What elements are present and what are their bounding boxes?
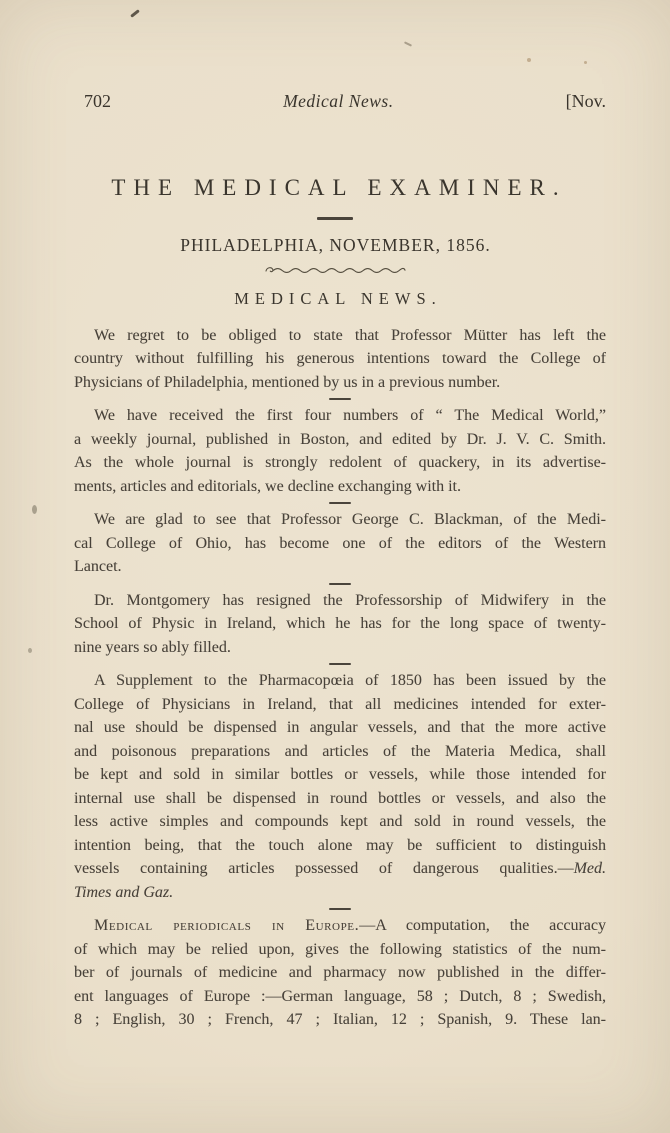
italic-citation: Times and Gaz.: [74, 884, 173, 901]
italic-citation: Med.: [574, 860, 606, 877]
text-line: a weekly journal, published in Boston, a…: [74, 428, 606, 452]
text-line: Lancet.: [74, 555, 606, 579]
text-line: Medical periodicals in Europe.—A computa…: [74, 914, 606, 938]
text-line: ent languages of Europe :—German languag…: [74, 985, 606, 1009]
text-line: nine years so ably filled.: [74, 636, 606, 660]
text-segment: intention being, that the touch alone ma…: [74, 837, 606, 854]
paragraph: We have received the first four numbers …: [74, 404, 606, 498]
text-segment: We are glad to see that Professor George…: [94, 511, 606, 528]
text-segment: 8 ; English, 30 ; French, 47 ; Italian, …: [74, 1011, 606, 1028]
text-line: intention being, that the touch alone ma…: [74, 834, 606, 858]
text-segment: be kept and sold in similar bottles or v…: [74, 766, 606, 783]
issue-label: [Nov.: [566, 90, 606, 112]
text-line: As the whole journal is strongly redolen…: [74, 451, 606, 475]
paragraph: A Supplement to the Pharmacopœia of 1850…: [74, 669, 606, 904]
page-number: 702: [84, 90, 111, 112]
text-segment: We have received the first four numbers …: [94, 407, 606, 424]
wavy-divider-ornament: [260, 264, 410, 276]
paragraph-divider: [329, 908, 351, 910]
text-line: Times and Gaz.: [74, 881, 606, 905]
text-segment: ments, articles and editorials, we decli…: [74, 478, 461, 495]
text-segment: of which may be relied upon, gives the f…: [74, 941, 606, 958]
text-line: We regret to be obliged to state that Pr…: [74, 324, 606, 348]
text-line: We have received the first four numbers …: [74, 404, 606, 428]
text-segment: Lancet.: [74, 558, 122, 575]
text-line: vessels containing articles possessed of…: [74, 857, 606, 881]
paper-blemish: [32, 505, 37, 514]
paragraph-divider: [329, 502, 351, 504]
article-body: We regret to be obliged to state that Pr…: [74, 324, 606, 1032]
text-line: ber of journals of medicine and pharmacy…: [74, 961, 606, 985]
text-segment: As the whole journal is strongly redolen…: [74, 454, 606, 471]
dateline: PHILADELPHIA, NOVEMBER, 1856.: [0, 234, 670, 256]
text-line: College of Physicians in Ireland, that a…: [74, 693, 606, 717]
text-line: nal use should be dispensed in angular v…: [74, 716, 606, 740]
text-segment: Dr. Montgomery has resigned the Professo…: [94, 592, 606, 609]
text-line: cal College of Ohio, has become one of t…: [74, 532, 606, 556]
paragraph-divider: [329, 398, 351, 400]
small-caps-lead: Medical periodicals in Europe.: [94, 917, 359, 934]
foxing-spot: [527, 58, 531, 62]
journal-title: THE MEDICAL EXAMINER.: [0, 174, 670, 202]
text-segment: less active simples and compounds kept a…: [74, 813, 606, 830]
foxing-spot: [584, 61, 587, 64]
title-rule: [317, 217, 353, 220]
text-segment: and poisonous preparations and articles …: [74, 743, 606, 760]
text-line: be kept and sold in similar bottles or v…: [74, 763, 606, 787]
text-line: A Supplement to the Pharmacopœia of 1850…: [74, 669, 606, 693]
paragraph: We are glad to see that Professor George…: [74, 508, 606, 579]
page-header: 702 Medical News. [Nov.: [0, 0, 670, 112]
text-segment: a weekly journal, published in Boston, a…: [74, 431, 606, 448]
text-line: country without fulfilling his generous …: [74, 347, 606, 371]
text-segment: We regret to be obliged to state that Pr…: [94, 327, 606, 344]
text-line: internal use shall be dispensed in round…: [74, 787, 606, 811]
text-line: Physicians of Philadelphia, mentioned by…: [74, 371, 606, 395]
text-line: less active simples and compounds kept a…: [74, 810, 606, 834]
text-segment: Physicians of Philadelphia, mentioned by…: [74, 374, 500, 391]
text-segment: College of Physicians in Ireland, that a…: [74, 696, 606, 713]
text-segment: —A computation, the accuracy: [359, 917, 606, 934]
section-heading: MEDICAL NEWS.: [0, 289, 670, 309]
text-line: School of Physic in Ireland, which he ha…: [74, 612, 606, 636]
text-segment: School of Physic in Ireland, which he ha…: [74, 615, 606, 632]
text-segment: country without fulfilling his generous …: [74, 350, 606, 367]
paragraph: We regret to be obliged to state that Pr…: [74, 324, 606, 395]
text-segment: nine years so ably filled.: [74, 639, 231, 656]
paragraph: Dr. Montgomery has resigned the Professo…: [74, 589, 606, 660]
scanned-page: 702 Medical News. [Nov. THE MEDICAL EXAM…: [0, 0, 670, 1133]
text-segment: A Supplement to the Pharmacopœia of 1850…: [94, 672, 606, 689]
text-line: and poisonous preparations and articles …: [74, 740, 606, 764]
text-segment: internal use shall be dispensed in round…: [74, 790, 606, 807]
text-segment: nal use should be dispensed in angular v…: [74, 719, 606, 736]
text-line: 8 ; English, 30 ; French, 47 ; Italian, …: [74, 1008, 606, 1032]
running-title: Medical News.: [283, 90, 394, 112]
text-line: We are glad to see that Professor George…: [74, 508, 606, 532]
paragraph-divider: [329, 663, 351, 665]
text-segment: cal College of Ohio, has become one of t…: [74, 535, 606, 552]
paragraph: Medical periodicals in Europe.—A computa…: [74, 914, 606, 1032]
text-line: ments, articles and editorials, we decli…: [74, 475, 606, 499]
text-segment: ber of journals of medicine and pharmacy…: [74, 964, 606, 981]
paragraph-divider: [329, 583, 351, 585]
text-line: of which may be relied upon, gives the f…: [74, 938, 606, 962]
paper-blemish: [28, 648, 32, 653]
text-segment: vessels containing articles possessed of…: [74, 860, 574, 877]
text-segment: ent languages of Europe :—German languag…: [74, 988, 606, 1005]
text-line: Dr. Montgomery has resigned the Professo…: [74, 589, 606, 613]
